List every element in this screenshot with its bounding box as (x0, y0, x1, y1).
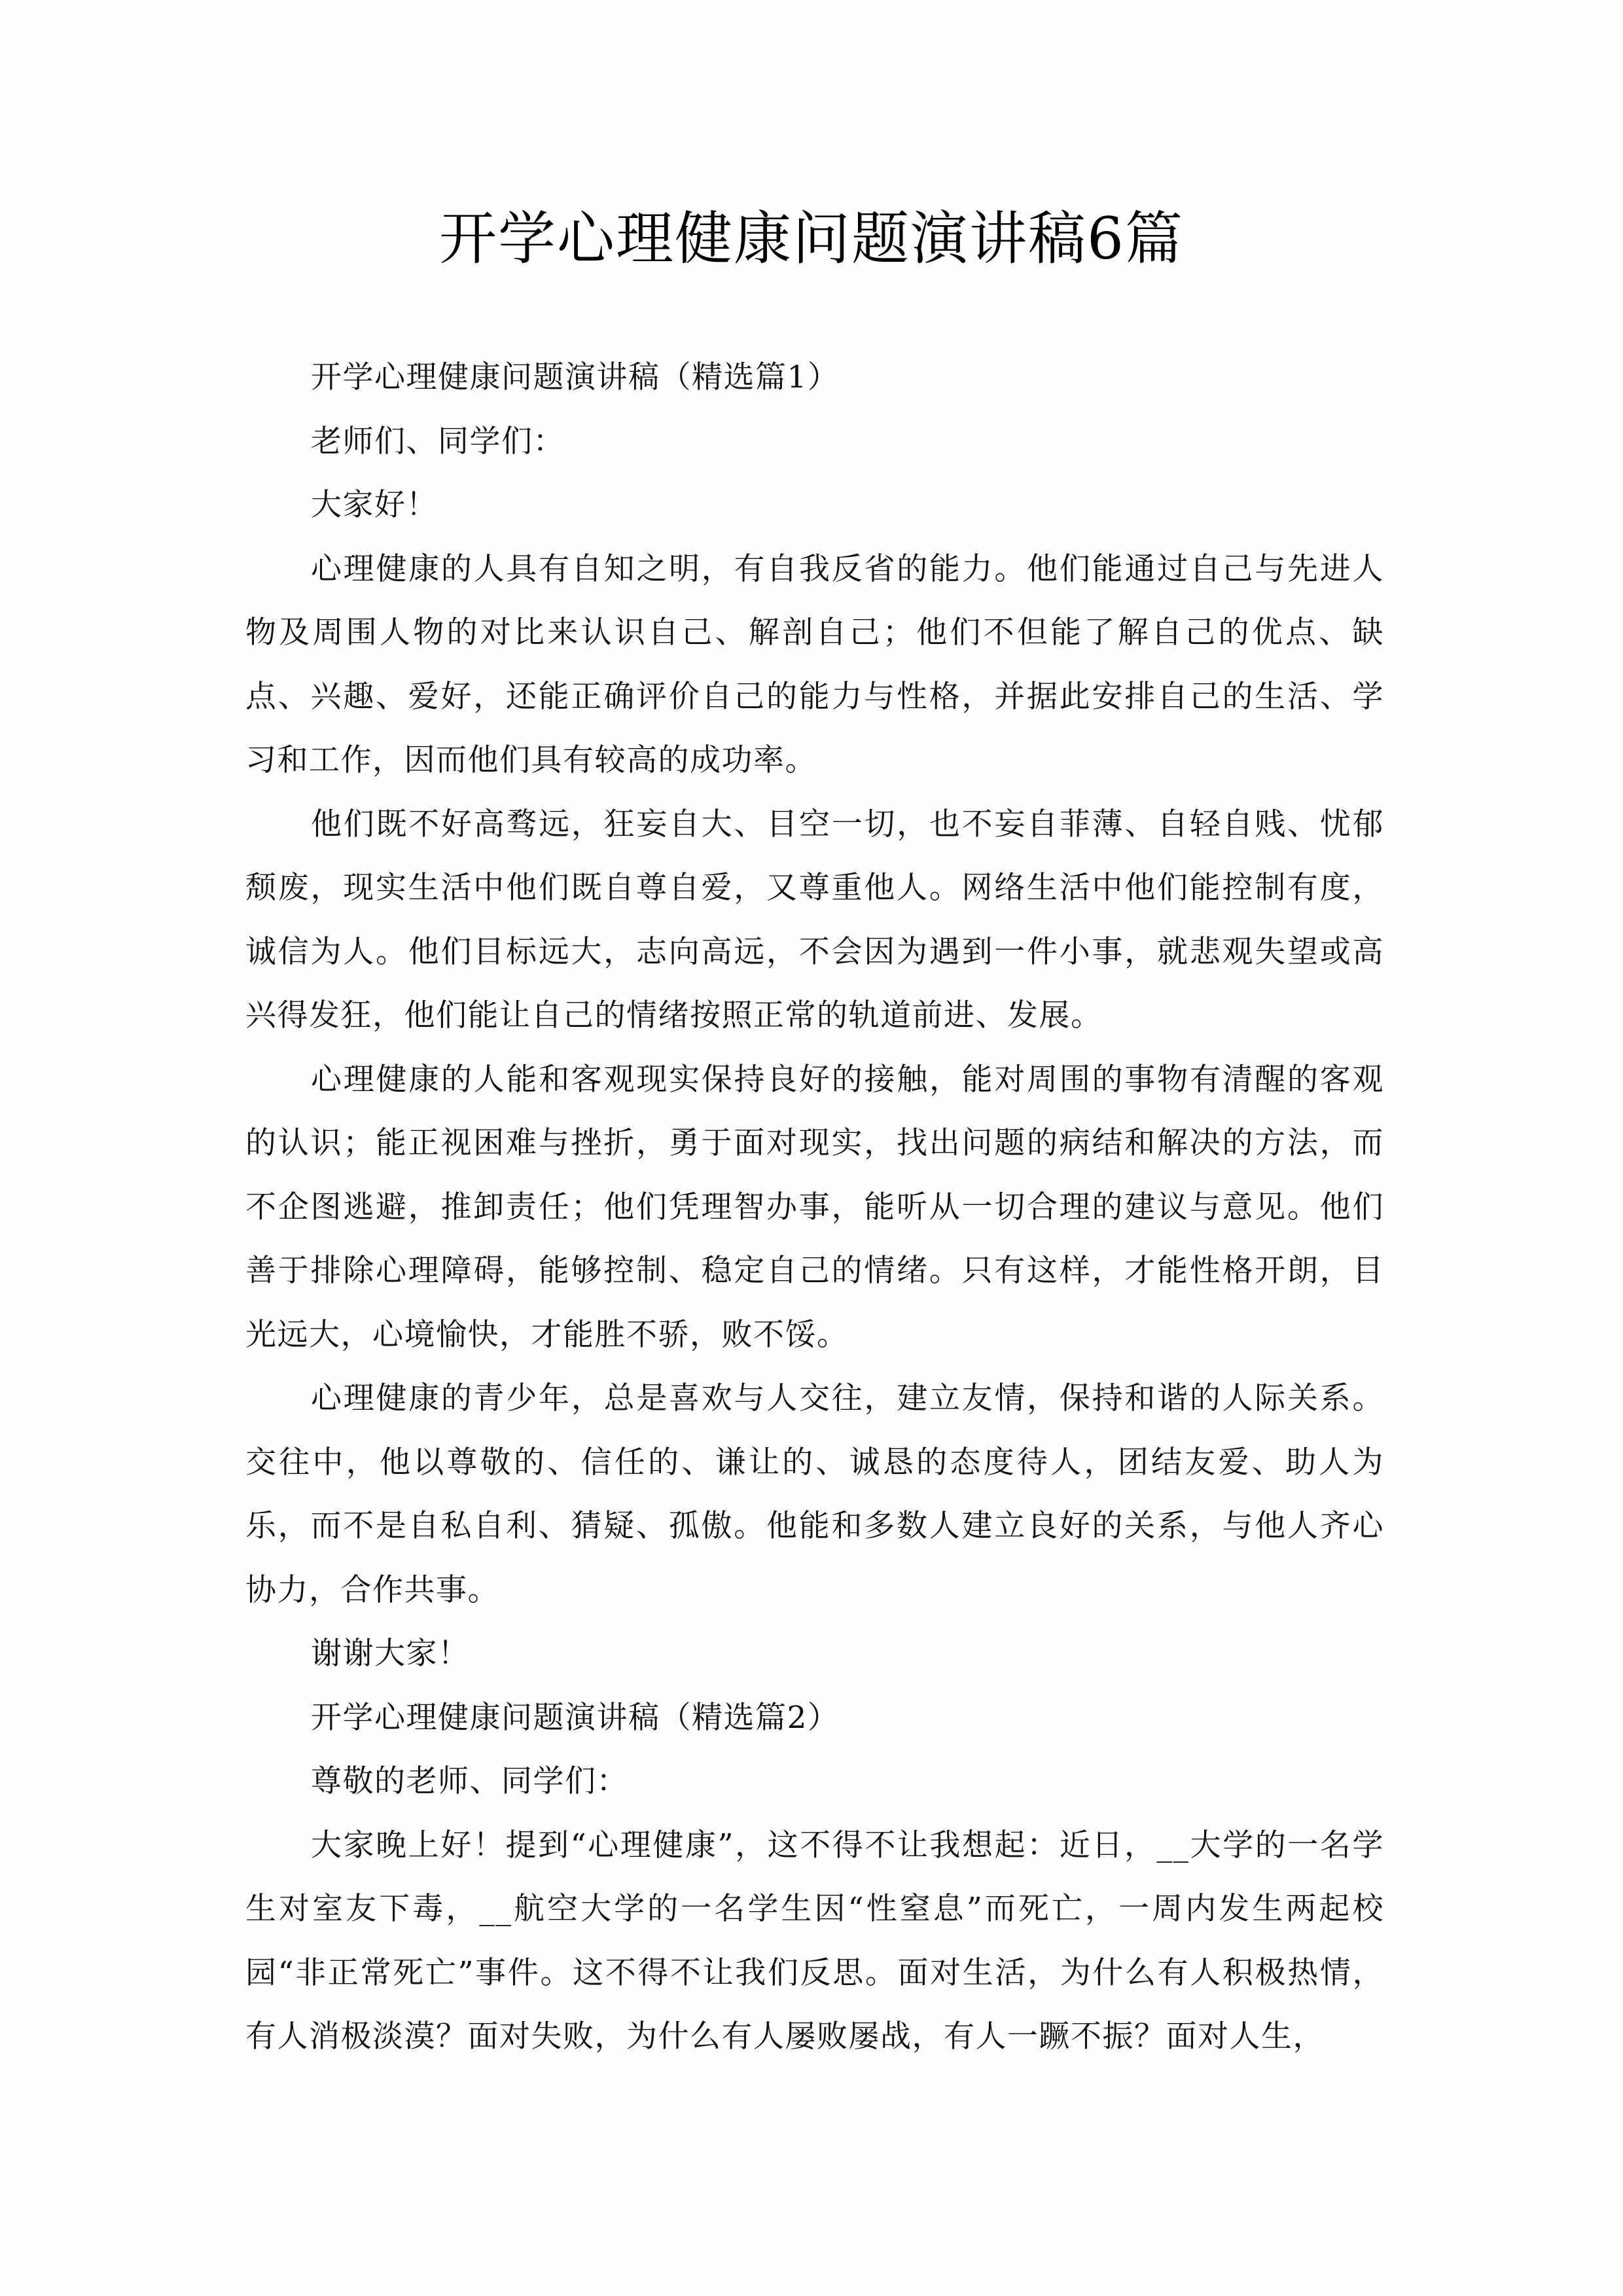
section-heading-2: 开学心理健康问题演讲稿（精选篇2） (245, 1686, 1384, 1750)
section-heading-1: 开学心理健康问题演讲稿（精选篇1） (245, 346, 1384, 410)
document-body: 开学心理健康问题演讲稿（精选篇1） 老师们、同学们： 大家好！ 心理健康的人具有… (245, 346, 1384, 2069)
salutation: 尊敬的老师、同学们： (245, 1749, 1384, 1814)
closing: 谢谢大家！ (245, 1622, 1384, 1686)
document-page: 开学心理健康问题演讲稿6篇 开学心理健康问题演讲稿（精选篇1） 老师们、同学们：… (0, 0, 1623, 2296)
paragraph: 心理健康的人能和客观现实保持良好的接触，能对周围的事物有清醒的客观的认识；能正视… (245, 1048, 1384, 1367)
paragraph: 心理健康的青少年，总是喜欢与人交往，建立友情，保持和谐的人际关系。交往中，他以尊… (245, 1367, 1384, 1622)
salutation: 老师们、同学们： (245, 410, 1384, 474)
paragraph: 大家晚上好！提到“心理健康”，这不得不让我想起：近日，__大学的一名学生对室友下… (245, 1814, 1384, 2069)
paragraph: 心理健康的人具有自知之明，有自我反省的能力。他们能通过自己与先进人物及周围人物的… (245, 537, 1384, 793)
paragraph: 他们既不好高骛远，狂妄自大、目空一切，也不妄自菲薄、自轻自贱、忧郁颓废，现实生活… (245, 793, 1384, 1048)
document-title: 开学心理健康问题演讲稿6篇 (0, 196, 1623, 281)
greeting: 大家好！ (245, 473, 1384, 537)
